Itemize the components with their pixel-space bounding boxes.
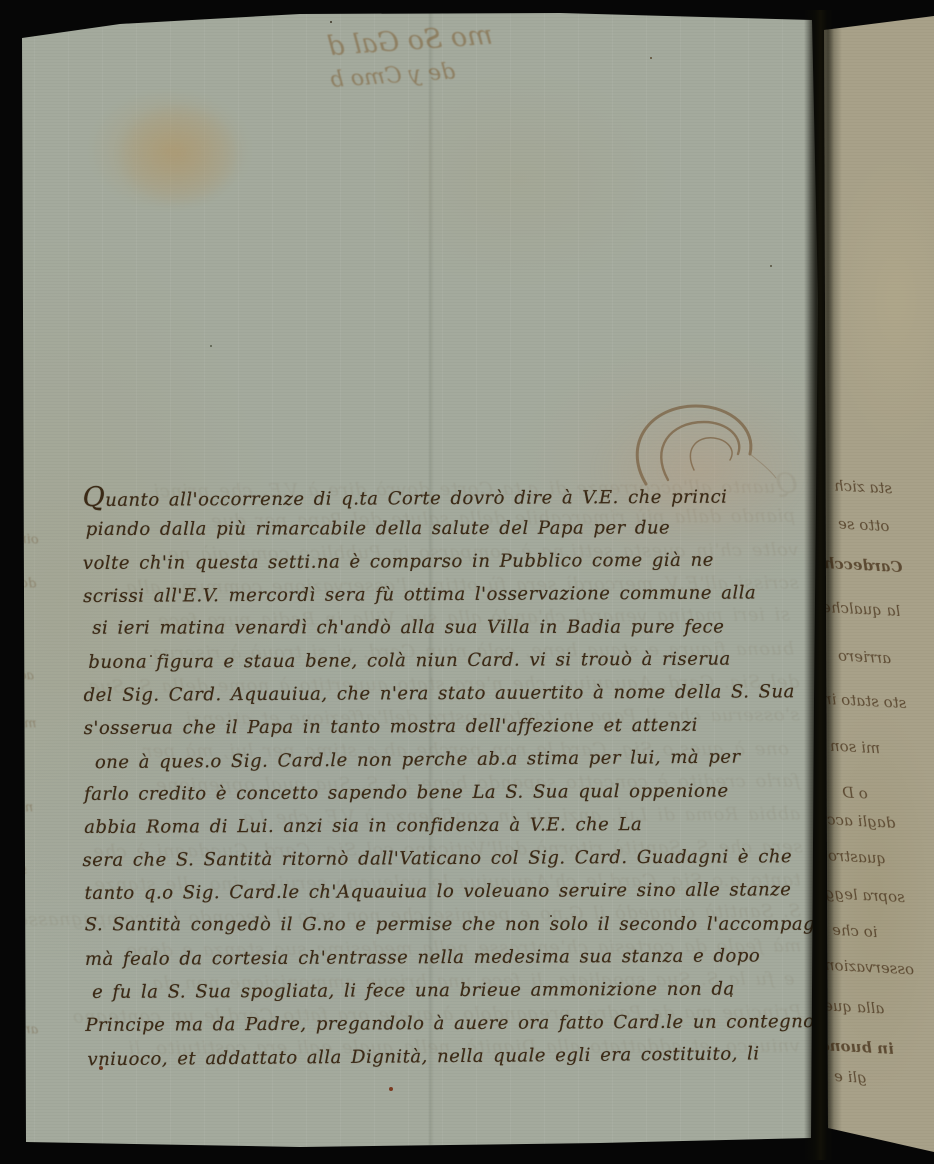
manuscript-line: e fu la S. Sua spogliata, li fece una br… [61, 962, 794, 1000]
manuscript-line: abbia Roma di Lui. anzi sia in confidenz… [60, 797, 800, 835]
bleedthrough-fragment: oir m [4, 531, 39, 547]
manuscript-line: vniuoco, et addattato alla Dignità, nell… [62, 1030, 800, 1066]
bleedthrough-fragment: de y Cmo b [224, 55, 456, 105]
manuscript-line: one à ques.o Sig. Card.le non perche ab.… [60, 733, 789, 769]
manuscript-line: Principe ma da Padre, pregandolo à auere… [62, 995, 802, 1033]
manuscript-line: farlo credito è concetto sapendo bene La… [60, 764, 800, 802]
bleedthrough-fragment: ader [4, 667, 34, 683]
bleedthrough-fragment: sto stato in [822, 690, 907, 712]
manuscript-photo: { "document": { "description": "Handwrit… [0, 0, 934, 1164]
bleedthrough-fragment: mo So Gal d [222, 19, 494, 72]
bleedthrough-fragment: otto se [838, 515, 890, 536]
manuscript-line: buona figura e staua bene, colà niun Car… [59, 632, 794, 670]
top-bleedthrough-inscription: mo So Gal d de y Cmo b [222, 19, 498, 130]
bleedthrough-fragment: mi son [830, 737, 881, 758]
bleedthrough-fragment: ita [4, 488, 22, 504]
bleedthrough-fragment: io che [832, 921, 878, 941]
page-fold-gap [804, 10, 834, 1160]
bleedthrough-fragment: nn u [4, 799, 34, 815]
paper-specks [30, 15, 32, 17]
paper-stain [118, 104, 238, 204]
bleedthrough-fragment: sel [4, 622, 23, 638]
manuscript-line: mà fealo da cortesia ch'entrasse nella m… [61, 929, 801, 967]
bleedthrough-fragment: grd [4, 860, 27, 876]
bleedthrough-fragment: quastro [828, 846, 887, 867]
bleedthrough-fragment: do lo [4, 575, 37, 591]
bleedthrough-fragment: o D [842, 783, 869, 802]
manuscript-line: volte ch'in questa setti.na è comparso i… [58, 533, 798, 571]
bleedthrough-fragment: arriero [838, 647, 892, 668]
bleedthrough-fragment: mp e [4, 715, 37, 731]
manuscript-line: piando dalla più rimarcabile della salut… [58, 499, 795, 539]
manuscript-line: del Sig. Card. Aquauiua, che n'era stato… [59, 665, 799, 703]
manuscript-line: s'osserua che il Papa in tanto mostra de… [60, 698, 800, 736]
ghost-lines: Quanto all'occorrenze di q.ta Corte dovr… [58, 467, 802, 1066]
bleedthrough-fragment: arn o [4, 1021, 39, 1037]
manuscript-line: sera che S. Santità ritornò dall'Vatican… [60, 830, 802, 868]
main-page: mo So Gal d de y Cmo b ita oir m do lo s… [0, 0, 828, 1164]
bleedthrough-fragment: gli e [834, 1067, 868, 1087]
bleedthrough-fragment: sta zich [834, 476, 893, 497]
